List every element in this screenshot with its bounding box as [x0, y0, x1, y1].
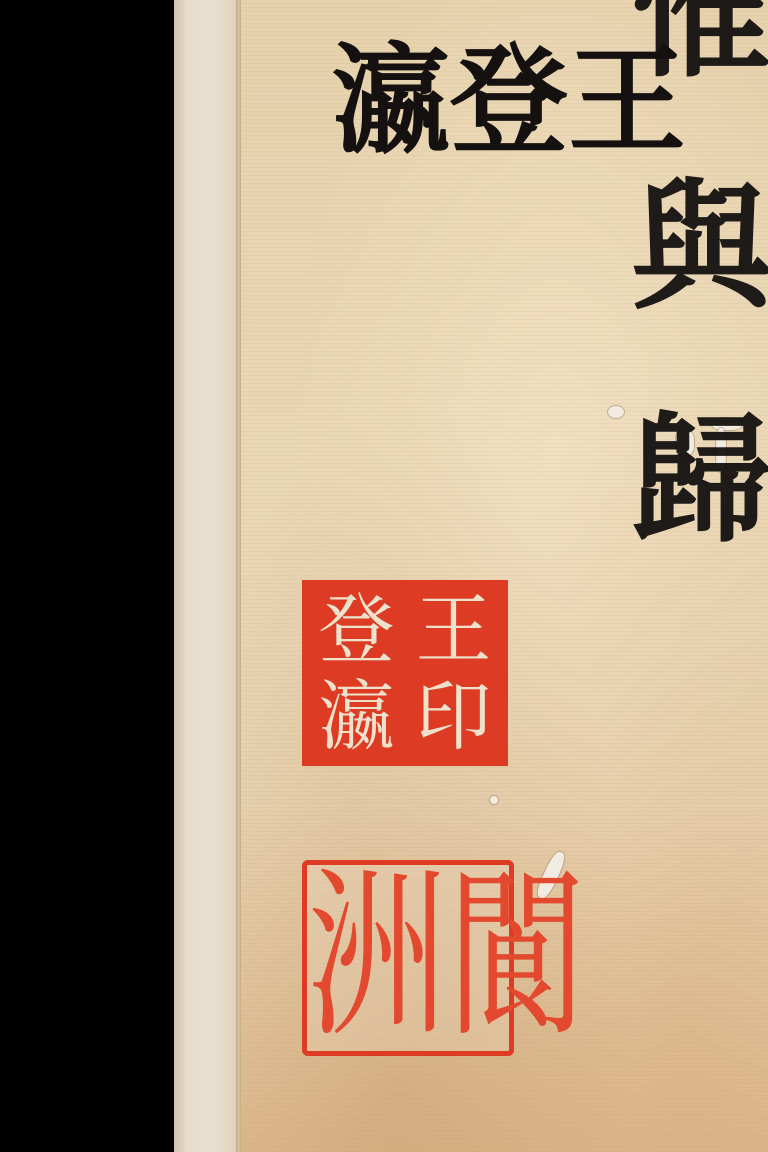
seal-char: 閬 — [447, 837, 587, 1079]
paper-damage-spot — [490, 796, 498, 804]
seal-char: 印 — [405, 673, 502, 760]
upper-seal: 登 王 瀛 印 — [302, 580, 508, 766]
seal-char: 洲 — [307, 837, 447, 1079]
column-char: 惟 — [608, 0, 768, 102]
signature-char: 瀛 — [322, 38, 440, 184]
right-text-column: 惟 與 歸 — [620, 0, 760, 568]
seal-char: 登 — [308, 586, 405, 673]
column-char: 歸 — [608, 406, 768, 568]
column-char: 與 — [608, 173, 768, 335]
scroll-mounting-strip — [174, 0, 240, 1152]
lower-seal: 洲 閬 — [302, 860, 514, 1056]
signature-char: 登 — [440, 38, 558, 184]
black-background — [0, 0, 174, 1152]
seal-char: 瀛 — [308, 673, 405, 760]
seal-char: 王 — [405, 586, 502, 673]
